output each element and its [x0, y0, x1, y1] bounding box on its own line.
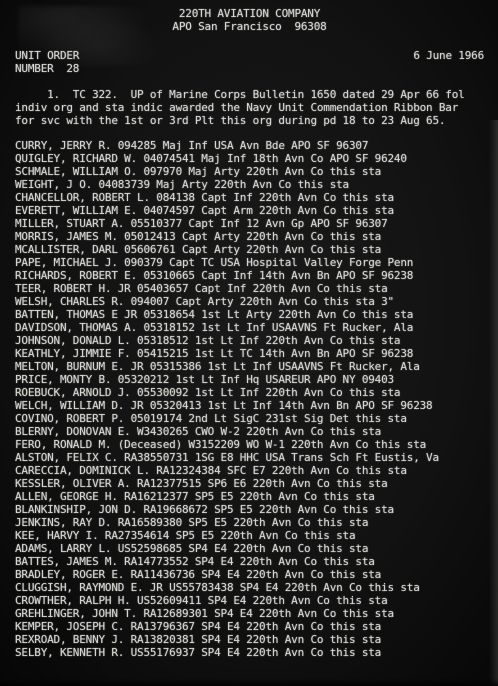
- roster-line: BATTEN, THOMAS E JR 05318654 1st Lt Arty…: [15, 308, 484, 321]
- roster-line: RICHARDS, ROBERT E. 05310665 Capt Inf 14…: [15, 269, 484, 282]
- order-type: UNIT ORDER: [15, 49, 79, 62]
- roster-line: QUIGLEY, RICHARD W. 04074541 Maj Inf 18t…: [15, 152, 484, 165]
- roster-line: ADAMS, LARRY L. US52598685 SP4 E4 220th …: [15, 542, 484, 555]
- roster-line: KEATHLY, JIMMIE F. 05415215 1st Lt TC 14…: [15, 347, 484, 360]
- doc-header: 220TH AVIATION COMPANY APO San Francisco…: [15, 7, 484, 33]
- roster-line: SCHMALE, WILLIAM O. 097970 Maj Arty 220t…: [15, 165, 484, 178]
- roster-line: ROEBUCK, ARNOLD J. 05530092 1st Lt Inf 2…: [15, 386, 484, 399]
- order-number: NUMBER 28: [15, 62, 79, 75]
- roster-line: COVINO, ROBERT P. 05019174 2nd Lt SigC 2…: [15, 412, 484, 425]
- roster-line: FERO, RONALD M. (Deceased) W3152209 WO W…: [15, 438, 484, 451]
- roster-line: JOHNSON, DONALD L. 05318512 1st Lt Inf 2…: [15, 334, 484, 347]
- roster-line: MILLER, STUART A. 05510377 Capt Inf 12 A…: [15, 217, 484, 230]
- unit-address: APO San Francisco 96308: [15, 20, 484, 33]
- roster-line: JENKINS, RAY D. RA16589380 SP5 E5 220th …: [15, 516, 484, 529]
- roster-line: BRADLEY, ROGER E. RA11436736 SP4 E4 220t…: [15, 568, 484, 581]
- roster-line: WELCH, WILLIAM D. JR 05320413 1st Lt Inf…: [15, 399, 484, 412]
- paragraph-line: for svc with the 1st or 3rd Plt this org…: [15, 114, 484, 127]
- roster-line: TEER, ROBERT H. JR 05403657 Capt Inf 220…: [15, 282, 484, 295]
- roster-line: MELTON, BURNUM E. JR 05315386 1st Lt Inf…: [15, 360, 484, 373]
- roster-line: MORRIS, JAMES M. 05012413 Capt Arty 220t…: [15, 230, 484, 243]
- order-id-block: UNIT ORDER NUMBER 28: [15, 49, 79, 75]
- roster-line: ALSTON, FELIX C. RA38550731 1SG E8 HHC U…: [15, 451, 484, 464]
- roster-line: MCALLISTER, DARL 05606761 Capt Arty 220t…: [15, 243, 484, 256]
- roster-line: BLANKINSHIP, JON D. RA19668672 SP5 E5 22…: [15, 503, 484, 516]
- roster-line: GREHLINGER, JOHN T. RA12689301 SP4 E4 22…: [15, 607, 484, 620]
- roster-line: KEE, HARVY I. RA27354614 SP5 E5 220th Av…: [15, 529, 484, 542]
- roster-line: BATTES, JAMES M. RA14773552 SP4 E4 220th…: [15, 555, 484, 568]
- roster-line: CLUGGISH, RAYMOND E. JR US55783438 SP4 E…: [15, 581, 484, 594]
- roster-line: SELBY, KENNETH R. US55176937 SP4 E4 220t…: [15, 646, 484, 659]
- unit-name: 220TH AVIATION COMPANY: [15, 7, 484, 20]
- order-meta: UNIT ORDER NUMBER 28 6 June 1966: [15, 49, 484, 75]
- roster-line: CARECCIA, DOMINICK L. RA12324384 SFC E7 …: [15, 464, 484, 477]
- document: 220TH AVIATION COMPANY APO San Francisco…: [0, 0, 498, 659]
- roster-line: ALLEN, GEORGE H. RA16212377 SP5 E5 220th…: [15, 490, 484, 503]
- roster-line: WELSH, CHARLES R. 094007 Capt Arty 220th…: [15, 295, 484, 308]
- scanned-document-page: 220TH AVIATION COMPANY APO San Francisco…: [0, 0, 498, 686]
- paragraph-line: 1. TC 322. UP of Marine Corps Bulletin 1…: [15, 88, 484, 101]
- roster-line: BLERNY, DONOVAN E. W3430265 CWO W-2 220t…: [15, 425, 484, 438]
- roster-line: KEMPER, JOSEPH C. RA13796367 SP4 E4 220t…: [15, 620, 484, 633]
- order-date: 6 June 1966: [413, 49, 484, 62]
- roster-line: CROWTHER, RALPH H. US52609411 SP4 E4 220…: [15, 594, 484, 607]
- roster-line: REXROAD, BENNY J. RA13820381 SP4 E4 220t…: [15, 633, 484, 646]
- roster-line: CURRY, JERRY R. 094285 Maj Inf USA Avn B…: [15, 139, 484, 152]
- roster-line: CHANCELLOR, ROBERT L. 084138 Capt Inf 22…: [15, 191, 484, 204]
- roster-line: EVERETT, WILLIAM E. 04074597 Capt Arm 22…: [15, 204, 484, 217]
- roster-line: PAPE, MICHAEL J. 090379 Capt TC USA Hosp…: [15, 256, 484, 269]
- roster-line: KESSLER, OLIVER A. RA12377515 SP6 E6 220…: [15, 477, 484, 490]
- paragraph-line: indiv org and sta indic awarded the Navy…: [15, 101, 484, 114]
- roster-line: DAVIDSON, THOMAS A. 05318152 1st Lt Inf …: [15, 321, 484, 334]
- roster-line: PRICE, MONTY B. 05320212 1st Lt Inf Hq U…: [15, 373, 484, 386]
- scan-bottom-shadow: [0, 678, 498, 686]
- intro-paragraph: 1. TC 322. UP of Marine Corps Bulletin 1…: [15, 88, 484, 127]
- roster: CURRY, JERRY R. 094285 Maj Inf USA Avn B…: [15, 139, 484, 659]
- roster-line: WEIGHT, J O. 04083739 Maj Arty 220th Avn…: [15, 178, 484, 191]
